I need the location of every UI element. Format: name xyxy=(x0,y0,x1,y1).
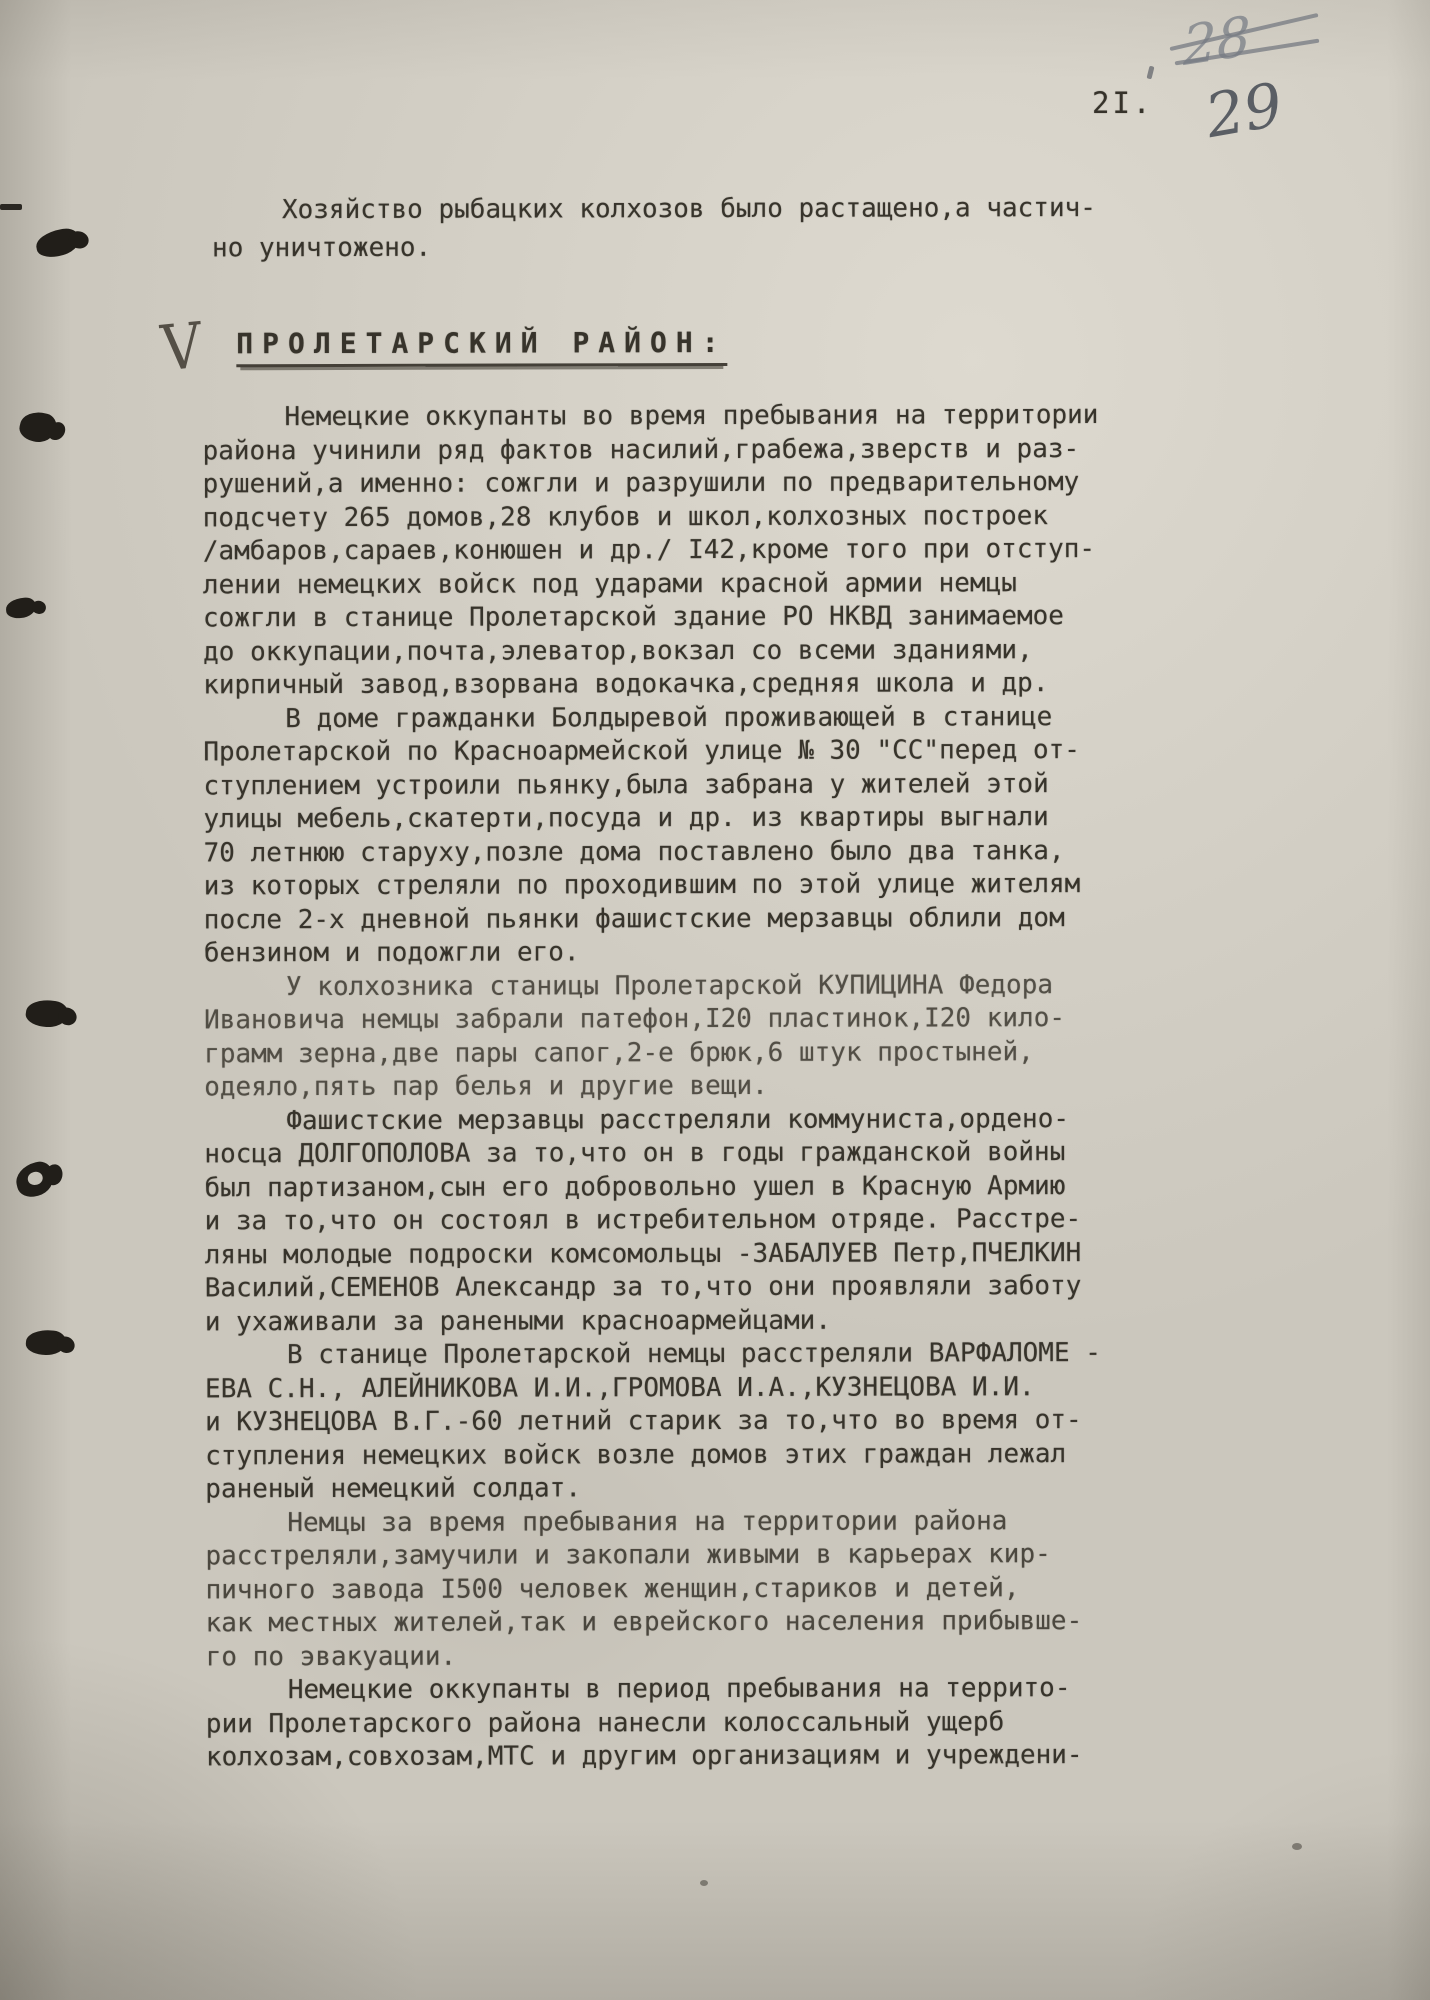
body-paragraph: Немецкие оккупанты во время пребывания н… xyxy=(202,399,1173,703)
body-paragraph: Немецкие оккупанты в период пребывания н… xyxy=(206,1672,1176,1775)
body-paragraph: В станице Пролетарской немцы расстреляли… xyxy=(205,1337,1175,1507)
body-paragraph: Немцы за время пребывания на территории … xyxy=(205,1504,1175,1674)
typewritten-text-layer: Хозяйство рыбацких колхозов было растаще… xyxy=(0,0,1430,2000)
body-paragraph: В доме гражданки Болдыревой проживающей … xyxy=(203,700,1174,971)
document-body: Немецкие оккупанты во время пребывания н… xyxy=(202,399,1176,1775)
intro-paragraph: Хозяйство рыбацких колхозов было растаще… xyxy=(212,189,1192,268)
margin-checkmark: V xyxy=(158,310,204,387)
body-paragraph: Фашистские мерзавцы расстреляли коммунис… xyxy=(204,1102,1175,1339)
section-heading: ПРОЛЕТАРСКИЙ РАЙОН: xyxy=(236,326,727,367)
body-paragraph: У колхозника станицы Пролетарской КУПИЦИ… xyxy=(204,968,1174,1105)
document-page: 28 2I. 29 Хозяйство рыбацких колхозов бы… xyxy=(0,0,1430,2000)
